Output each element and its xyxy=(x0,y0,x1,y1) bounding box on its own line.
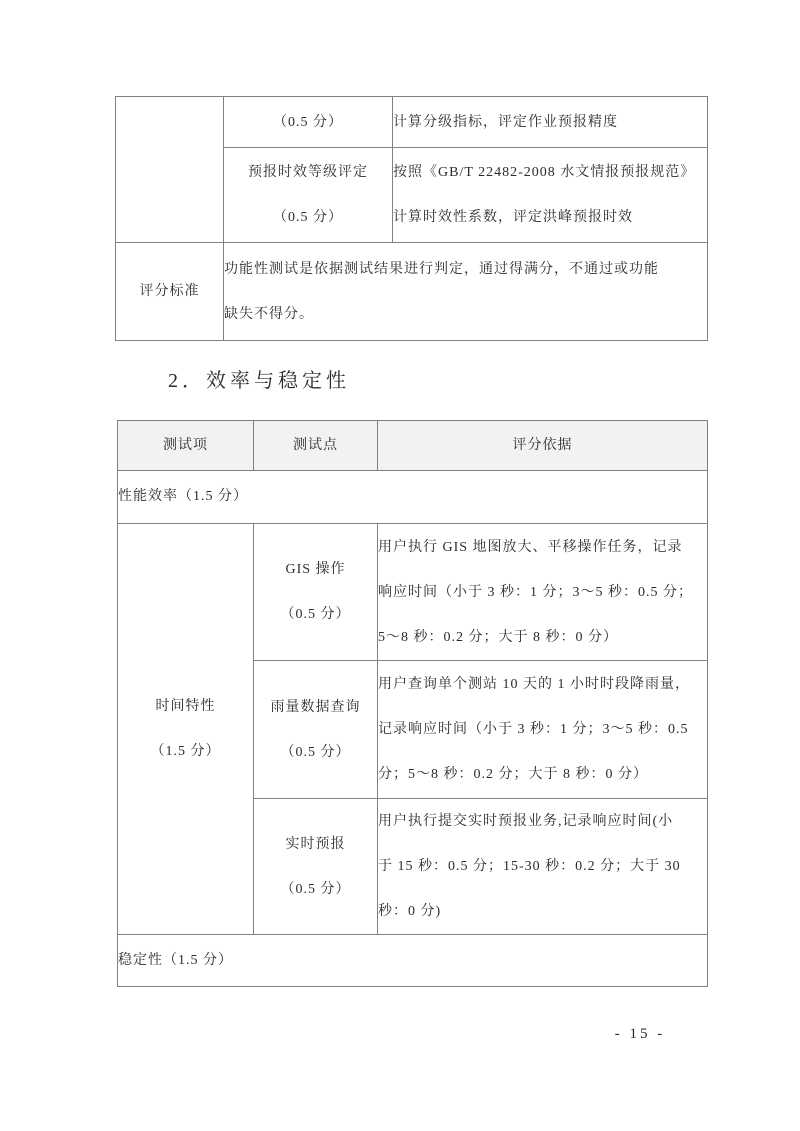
scoring-standard-text-cell: 功能性测试是依据测试结果进行判定，通过得满分，不通过或功能 缺失不得分。 xyxy=(224,243,708,341)
forecast-timeliness-basis-cell: 按照《GB/T 22482-2008 水文情报预报规范》 计算时效性系数，评定洪… xyxy=(393,148,708,243)
section-heading: 2．效率与稳定性 xyxy=(168,366,350,396)
header-score-basis: 评分依据 xyxy=(378,421,708,471)
forecast-accuracy-basis-cell: 计算分级指标，评定作业预报精度 xyxy=(393,97,708,148)
header-test-item: 测试项 xyxy=(118,421,254,471)
document-page: （0.5 分） 计算分级指标，评定作业预报精度 预报时效等级评定 （0.5 分）… xyxy=(0,0,800,1131)
time-characteristic-group-cell: 时间特性 （1.5 分） xyxy=(118,524,254,935)
table-row: 时间特性 （1.5 分） GIS 操作 （0.5 分） 用户执行 GIS 地图放… xyxy=(118,524,708,661)
table-row: （0.5 分） 计算分级指标，评定作业预报精度 xyxy=(116,97,708,148)
page-number: - 15 - xyxy=(598,1026,682,1043)
table-header-row: 测试项 测试点 评分依据 xyxy=(118,421,708,471)
performance-efficiency-section-cell: 性能效率（1.5 分） xyxy=(118,471,708,524)
rainfall-query-basis-cell: 用户查询单个测站 10 天的 1 小时时段降雨量， 记录响应时间（小于 3 秒：… xyxy=(378,661,708,799)
table-row: 稳定性（1.5 分） xyxy=(118,935,708,987)
efficiency-stability-table: 测试项 测试点 评分依据 性能效率（1.5 分） 时间特性 （1.5 分） GI… xyxy=(117,420,708,987)
realtime-forecast-point-cell: 实时预报 （0.5 分） xyxy=(254,799,378,935)
test-item-empty-cell xyxy=(116,97,224,243)
header-test-point: 测试点 xyxy=(254,421,378,471)
realtime-forecast-basis-cell: 用户执行提交实时预报业务,记录响应时间(小 于 15 秒：0.5 分；15-30… xyxy=(378,799,708,935)
scoring-standard-label-cell: 评分标准 xyxy=(116,243,224,341)
forecast-timeliness-point-cell: 预报时效等级评定 （0.5 分） xyxy=(224,148,393,243)
functionality-score-table: （0.5 分） 计算分级指标，评定作业预报精度 预报时效等级评定 （0.5 分）… xyxy=(115,96,708,341)
stability-section-cell: 稳定性（1.5 分） xyxy=(118,935,708,987)
table-row: 评分标准 功能性测试是依据测试结果进行判定，通过得满分，不通过或功能 缺失不得分… xyxy=(116,243,708,341)
rainfall-query-point-cell: 雨量数据查询 （0.5 分） xyxy=(254,661,378,799)
table-row: 性能效率（1.5 分） xyxy=(118,471,708,524)
forecast-accuracy-point-cell: （0.5 分） xyxy=(224,97,393,148)
gis-operation-point-cell: GIS 操作 （0.5 分） xyxy=(254,524,378,661)
gis-operation-basis-cell: 用户执行 GIS 地图放大、平移操作任务，记录 响应时间（小于 3 秒：1 分；… xyxy=(378,524,708,661)
